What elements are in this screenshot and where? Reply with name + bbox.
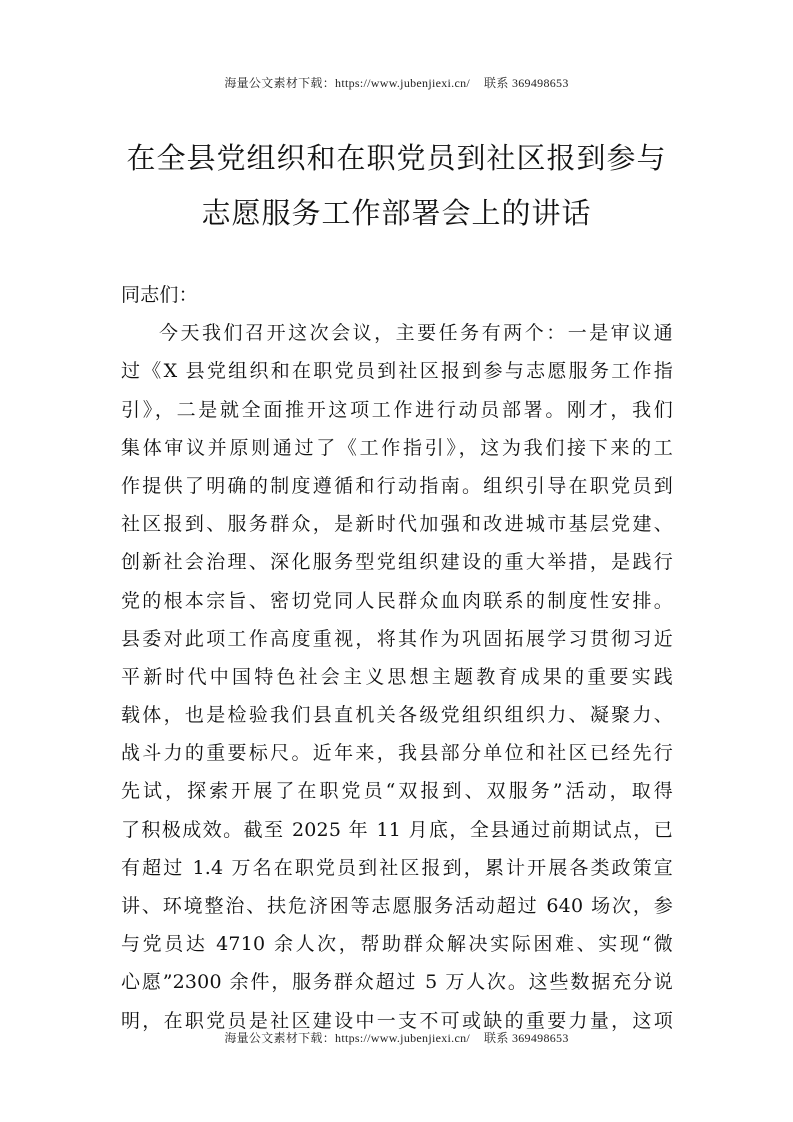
body-line: 作提供了明确的制度遵循和行动指南。组织引导在职党员到 (121, 467, 673, 505)
body-line: 县委对此项工作高度重视，将其作为巩固拓展学习贯彻习近 (121, 620, 673, 658)
footer-site-label: 海量公文素材下载：https://www.jubenjiexi.cn/ (224, 1031, 470, 1045)
body-line: 创新社会治理、深化服务型党组织建设的重大举措，是践行 (121, 543, 673, 581)
title-line-1: 在全县党组织和在职党员到社区报到参与 (0, 131, 793, 186)
body-line: 社区报到、服务群众，是新时代加强和改进城市基层党建、 (121, 505, 673, 543)
page-header: 海量公文素材下载：https://www.jubenjiexi.cn/联系 36… (0, 74, 793, 91)
body-line: 过《X 县党组织和在职党员到社区报到参与志愿服务工作指 (121, 352, 673, 390)
body-line: 与党员达 4710 余人次，帮助群众解决实际困难、实现“微 (121, 925, 673, 963)
body-line: 引》，二是就全面推开这项工作进行动员部署。刚才，我们 (121, 391, 673, 429)
body-line: 战斗力的重要标尺。近年来，我县部分单位和社区已经先行 (121, 734, 673, 772)
body-line: 先试，探索开展了在职党员“双报到、双服务”活动，取得 (121, 772, 673, 810)
body-line: 平新时代中国特色社会主义思想主题教育成果的重要实践 (121, 658, 673, 696)
body-line: 载体，也是检验我们县直机关各级党组织组织力、凝聚力、 (121, 696, 673, 734)
header-site-label: 海量公文素材下载：https://www.jubenjiexi.cn/ (224, 76, 470, 90)
page-footer: 海量公文素材下载：https://www.jubenjiexi.cn/联系 36… (0, 1029, 793, 1046)
body-line: 心愿”2300 余件，服务群众超过 5 万人次。这些数据充分说 (121, 963, 673, 1001)
document-title: 在全县党组织和在职党员到社区报到参与 志愿服务工作部署会上的讲话 (0, 131, 793, 241)
body-line: 了积极成效。截至 2025 年 11 月底，全县通过前期试点，已 (121, 811, 673, 849)
body-line: 今天我们召开这次会议，主要任务有两个：一是审议通 (121, 314, 673, 352)
body-line: 党的根本宗旨、密切党同人民群众血肉联系的制度性安排。 (121, 582, 673, 620)
title-line-2: 志愿服务工作部署会上的讲话 (0, 186, 793, 241)
header-contact-label: 联系 369498653 (484, 76, 569, 90)
body-line: 有超过 1.4 万名在职党员到社区报到，累计开展各类政策宣 (121, 849, 673, 887)
body-line: 集体审议并原则通过了《工作指引》，这为我们接下来的工 (121, 429, 673, 467)
salutation: 同志们： (121, 276, 673, 314)
document-body: 同志们： 今天我们召开这次会议，主要任务有两个：一是审议通 过《X 县党组织和在… (121, 276, 673, 1040)
body-line: 讲、环境整治、扶危济困等志愿服务活动超过 640 场次，参 (121, 887, 673, 925)
footer-contact-label: 联系 369498653 (484, 1031, 569, 1045)
